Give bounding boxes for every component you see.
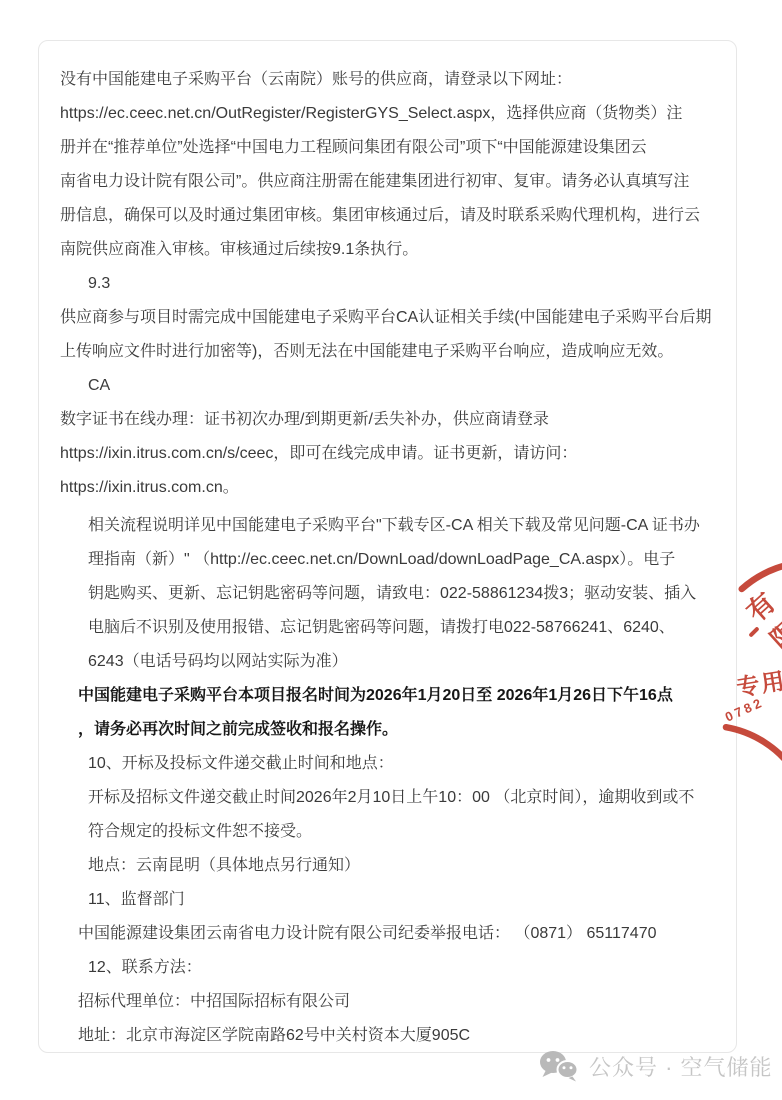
seal-char-top: 有	[736, 582, 782, 629]
wechat-icon	[538, 1050, 580, 1082]
text-line: 地点：云南昆明（具体地点另行通知）	[60, 849, 730, 883]
text-line: 钥匙购买、更新、忘记钥匙密码等问题，请致电：022-58861234拨3；驱动安…	[60, 577, 730, 611]
text-line: 10、开标及投标文件递交截止时间和地点：	[60, 747, 730, 781]
text-line: 12、联系方法：	[60, 951, 730, 985]
paragraph: 没有中国能建电子采购平台（云南院）账号的供应商，请登录以下网址：https://…	[60, 63, 730, 267]
text-line: https://ixin.itrus.com.cn。	[60, 471, 730, 505]
paragraph: 中国能源建设集团云南省电力设计院有限公司纪委举报电话： （0871） 65117…	[60, 917, 730, 951]
document-card: 没有中国能建电子采购平台（云南院）账号的供应商，请登录以下网址：https://…	[38, 40, 737, 1053]
paragraph: 地点：云南昆明（具体地点另行通知）	[60, 849, 730, 883]
paragraph: 开标及招标文件递交截止时间2026年2月10日上午10：00 （北京时间），逾期…	[60, 781, 730, 849]
text-line: 开标及招标文件递交截止时间2026年2月10日上午10：00 （北京时间），逾期…	[60, 781, 730, 815]
text-line: 数字证书在线办理：证书初次办理/到期更新/丢失补办，供应商请登录	[60, 403, 730, 437]
text-line: ，请务必再次时间之前完成签收和报名操作。	[60, 713, 730, 747]
text-line: 南省电力设计院有限公司”。供应商注册需在能建集团进行初审、复审。请务必认真填写注	[60, 165, 730, 199]
paragraph: 12、联系方法：	[60, 951, 730, 985]
text-line: 理指南（新）" （http://ec.ceec.net.cn/DownLoad/…	[60, 543, 730, 577]
paragraph: 10、开标及投标文件递交截止时间和地点：	[60, 747, 730, 781]
text-line: 招标代理单位：中招国际招标有限公司	[60, 985, 730, 1019]
text-line: 册信息，确保可以及时通过集团审核。集团审核通过后，请及时联系采购代理机构，进行云	[60, 199, 730, 233]
text-line: https://ec.ceec.net.cn/OutRegister/Regis…	[60, 97, 730, 131]
text-line: 供应商参与项目时需完成中国能建电子采购平台CA认证相关手续(中国能建电子采购平台…	[60, 301, 730, 335]
paragraph: 供应商参与项目时需完成中国能建电子采购平台CA认证相关手续(中国能建电子采购平台…	[60, 301, 730, 369]
text-line: 9.3	[60, 267, 730, 301]
paragraph: 中国能建电子采购平台本项目报名时间为2026年1月20日至 2026年1月26日…	[60, 679, 730, 747]
text-line: 没有中国能建电子采购平台（云南院）账号的供应商，请登录以下网址：	[60, 63, 730, 97]
paragraph: 相关流程说明详见中国能建电子采购平台"下载专区-CA 相关下载及常见问题-CA …	[60, 509, 730, 679]
document-content: 没有中国能建电子采购平台（云南院）账号的供应商，请登录以下网址：https://…	[60, 63, 730, 1053]
text-line: 6243（电话号码均以网站实际为准）	[60, 645, 730, 679]
text-line: 上传响应文件时进行加密等)，否则无法在中国能建电子采购平台响应，造成响应无效。	[60, 335, 730, 369]
text-line: 相关流程说明详见中国能建电子采购平台"下载专区-CA 相关下载及常见问题-CA …	[60, 509, 730, 543]
paragraph: 9.3	[60, 267, 730, 301]
seal-mark	[748, 626, 759, 637]
text-line: 南院供应商准入审核。审核通过后续按9.1条执行。	[60, 233, 730, 267]
text-line: 符合规定的投标文件恕不接受。	[60, 815, 730, 849]
text-line: 11、监督部门	[60, 883, 730, 917]
paragraph: 11、监督部门	[60, 883, 730, 917]
text-line: 中国能建电子采购平台本项目报名时间为2026年1月20日至 2026年1月26日…	[60, 679, 730, 713]
paragraph: 数字证书在线办理：证书初次办理/到期更新/丢失补办，供应商请登录https://…	[60, 403, 730, 505]
seal-char-top2: 限	[760, 610, 782, 657]
text-line: 册并在“推荐单位”处选择“中国电力工程顾问集团有限公司”项下“中国能源建设集团云	[60, 131, 730, 165]
paragraph: CA	[60, 369, 730, 403]
text-line: 中国能源建设集团云南省电力设计院有限公司纪委举报电话： （0871） 65117…	[60, 917, 730, 951]
seal-bottom-text: 专用章	[734, 658, 782, 702]
text-line: CA	[60, 369, 730, 403]
watermark-text: 公众号 · 空气储能	[589, 1051, 773, 1082]
text-line: https://ixin.itrus.com.cn/s/ceec，即可在线完成申…	[60, 437, 730, 471]
paragraph: 招标代理单位：中招国际招标有限公司	[60, 985, 730, 1019]
watermark: 公众号 · 空气储能	[538, 1048, 773, 1084]
text-line: 电脑后不识别及使用报错、忘记钥匙密码等问题，请拨打电022-58766241、6…	[60, 611, 730, 645]
